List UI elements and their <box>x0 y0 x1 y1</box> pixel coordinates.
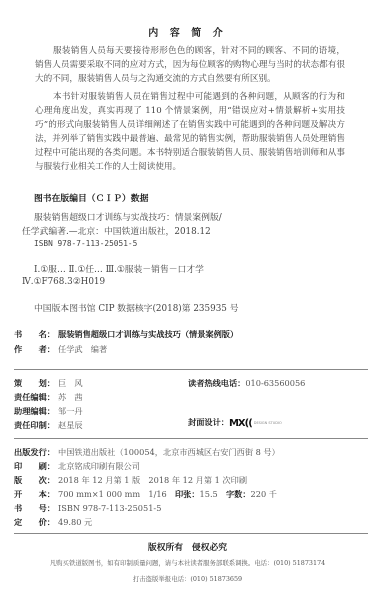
hotline-row: 读者热线电话：010-63560056 <box>188 378 305 389</box>
cover-design-label: 封面设计： <box>188 417 229 427</box>
author-row: 作 者：任学武 编著 <box>14 344 107 355</box>
isbn-row: 书 号：ISBN 978-7-113-25051-5 <box>14 503 161 514</box>
cover-logo-mark-icon: (( <box>245 418 252 429</box>
format-value: 700 mm×1 000 mm 1/16 <box>58 489 175 499</box>
price-label: 定 价： <box>14 517 58 528</box>
editor-row: 责任编辑：苏 茜 <box>14 392 83 403</box>
publisher-label: 出版发行： <box>14 447 58 458</box>
assistant-editor-row: 助理编辑：邹一丹 <box>14 406 83 417</box>
cip-line-classification: Ⅰ.①服… Ⅱ.①任… Ⅲ.①服装－销售－口才学 <box>34 262 204 275</box>
printer-value: 北京铭成印刷有限公司 <box>58 461 140 471</box>
author-value: 任学武 编著 <box>58 344 107 354</box>
word-count-value: 220 千 <box>251 489 277 499</box>
rights-heading: 版权所有 侵权必究 <box>0 540 375 553</box>
divider-1 <box>14 369 368 370</box>
publisher-value: 中国铁道出版社（100054，北京市西城区右安门西街 8 号） <box>58 447 280 457</box>
divider-3 <box>14 533 368 534</box>
assistant-editor-value: 邹一丹 <box>58 406 83 416</box>
printer-row: 印 刷：北京铭成印刷有限公司 <box>14 461 140 472</box>
cover-logo-subtext: DESIGN STUDIO <box>254 421 282 425</box>
book-title-value: 服装销售超级口才训练与实战技巧（情景案例版） <box>58 329 238 339</box>
format-row: 开 本：700 mm×1 000 mm 1/16 印张：15.5 字数：220 … <box>14 489 277 500</box>
edition-value: 2018 年 12 月第 1 版 2018 年 12 月第 1 次印刷 <box>58 475 247 485</box>
publisher-row: 出版发行：中国铁道出版社（100054，北京市西城区右安门西街 8 号） <box>14 447 280 458</box>
rights-piracy-line: 打击盗版举报电话：(010) 51873659 <box>0 574 375 583</box>
isbn-label: 书 号： <box>14 503 58 514</box>
summary-paragraph-1: 服装销售人员每天要接待形形色色的顾客，针对不同的顾客、不同的语境，销售人员需要采… <box>35 44 345 86</box>
sheets-value: 15.5 <box>200 489 226 499</box>
planner-value: 巨 风 <box>58 378 83 388</box>
printer-label: 印 刷： <box>14 461 58 472</box>
hotline-value: 010-63560056 <box>245 378 305 388</box>
summary-paragraph-2: 本书针对服装销售人员在销售过程中可能遇到的各种问题，从顾客的行为和心理角度出发，… <box>35 90 345 174</box>
sheets-label: 印张： <box>175 489 200 499</box>
cip-line-isbn: ISBN 978-7-113-25051-5 <box>34 239 137 248</box>
price-value: 49.80 元 <box>58 517 92 527</box>
word-count-label: 字数： <box>226 489 251 499</box>
cip-line-author: 任学武编著.—北京：中国铁道出版社，2018.12 <box>22 224 211 237</box>
printing-supervisor-row: 责任印制：赵星辰 <box>14 420 83 431</box>
cip-line-class-code: Ⅳ.①F768.3②H019 <box>22 277 105 287</box>
edition-row: 版 次：2018 年 12 月第 1 版 2018 年 12 月第 1 次印刷 <box>14 475 247 486</box>
hotline-label: 读者热线电话： <box>188 378 245 388</box>
planner-label: 策 划： <box>14 378 58 389</box>
assistant-editor-label: 助理编辑： <box>14 406 58 417</box>
edition-label: 版 次： <box>14 475 58 486</box>
format-label: 开 本： <box>14 489 58 500</box>
editor-value: 苏 茜 <box>58 392 83 402</box>
cover-designer-logo: MX <box>229 418 245 429</box>
author-label: 作 者： <box>14 344 58 355</box>
cover-design-row: 封面设计：MX((DESIGN STUDIO <box>188 417 282 429</box>
printing-supervisor-value: 赵星辰 <box>58 420 83 430</box>
book-title-label: 书 名： <box>14 329 58 340</box>
cip-line-title: 服装销售超级口才训练与实战技巧：情景案例版/ <box>34 210 222 223</box>
printing-supervisor-label: 责任印制： <box>14 420 58 431</box>
cip-heading: 图书在版编目（ＣＩＰ）数据 <box>34 191 148 204</box>
isbn-value: ISBN 978-7-113-25051-5 <box>58 503 161 513</box>
editor-label: 责任编辑： <box>14 392 58 403</box>
divider-2 <box>14 438 368 439</box>
copyright-page: 内 容 简 介 服装销售人员每天要接待形形色色的顾客，针对不同的顾客、不同的语境… <box>0 0 375 600</box>
book-title-row: 书 名：服装销售超级口才训练与实战技巧（情景案例版） <box>14 329 238 340</box>
rights-service-line: 凡购买铁道版图书，如有印制质量问题，请与本社读者服务部联系调换。电话：(010)… <box>0 558 375 567</box>
summary-title: 内 容 简 介 <box>0 24 375 39</box>
cip-line-record-number: 中国版本图书馆 CIP 数据核字(2018)第 235935 号 <box>34 301 239 314</box>
price-row: 定 价：49.80 元 <box>14 517 92 528</box>
planner-row: 策 划：巨 风 <box>14 378 83 389</box>
